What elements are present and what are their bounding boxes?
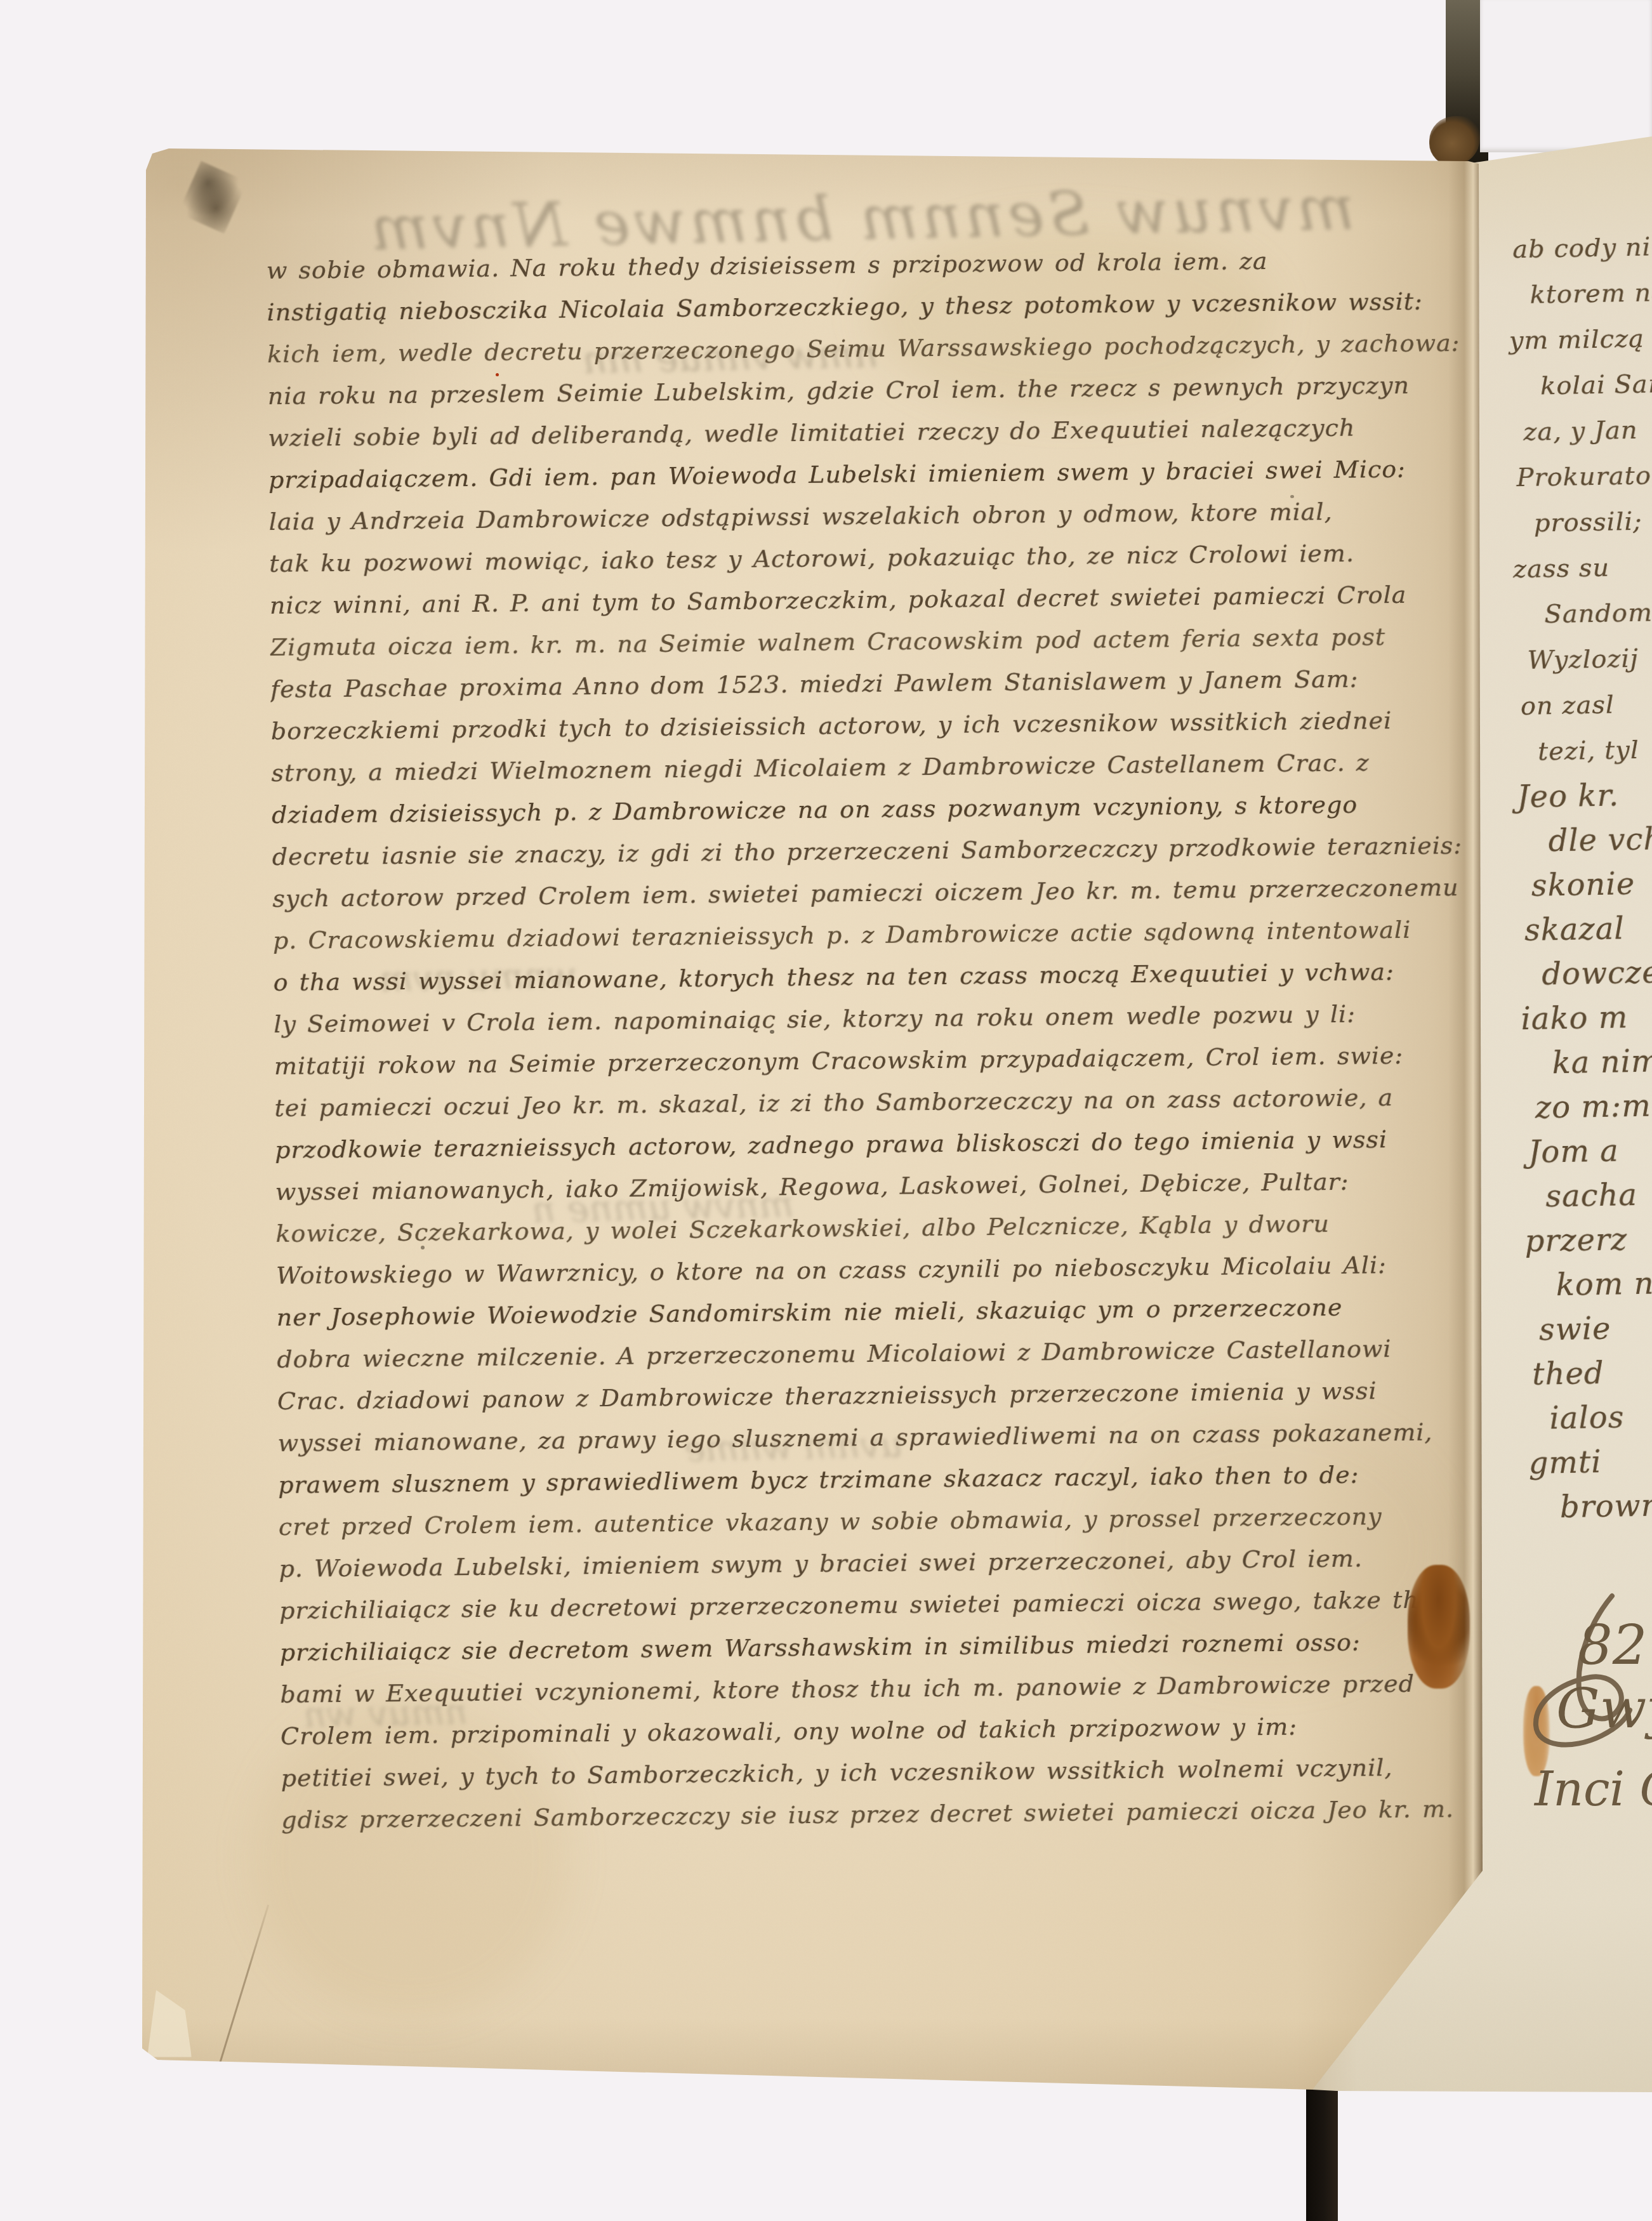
left-page: mvnuw Sennm bnmwe Nnvm nmw vnnue mn wnmu… <box>138 145 1484 2096</box>
manuscript-line-fragment: zo m:m <box>1535 1083 1652 1130</box>
manuscript-line-fragment: Jom a <box>1528 1128 1652 1175</box>
manuscript-line-fragment: tezi, tyl <box>1538 727 1652 774</box>
manuscript-line-fragment: thed <box>1532 1350 1652 1397</box>
manuscript-line-fragment: prossili; <box>1533 498 1652 546</box>
manuscript-line-fragment: ym milczą <box>1509 315 1652 364</box>
manuscript-text: w sobie obmawia. Na roku thedy dzisieiss… <box>138 145 1484 1842</box>
flourish-word: Inci C <box>1535 1762 1652 1817</box>
manuscript-line-fragment: swie <box>1538 1305 1652 1352</box>
manuscript-line-fragment: Prokurato <box>1516 452 1652 501</box>
manuscript-scan: ab cody niktorem naym milcząkolai Sanza,… <box>0 0 1652 2221</box>
manuscript-line-fragment: dowczegi <box>1542 950 1652 996</box>
flourish-digits: 82 <box>1578 1614 1647 1677</box>
manuscript-line-fragment: gmti <box>1528 1439 1652 1486</box>
manuscript-line-fragment: ab cody ni <box>1512 224 1652 272</box>
manuscript-line-fragment: iako m <box>1521 994 1652 1041</box>
manuscript-line-fragment: zass su <box>1513 544 1652 592</box>
manuscript-line-fragment: skonie <box>1531 861 1652 908</box>
manuscript-line-fragment: ialos <box>1549 1394 1652 1440</box>
flourish-word: Gwys <box>1556 1677 1652 1741</box>
manuscript-line-fragment: ka nim <box>1552 1039 1652 1085</box>
ink-speck <box>421 1246 425 1249</box>
red-speck <box>496 373 499 376</box>
manuscript-line-fragment: Jeo kr. <box>1517 772 1652 819</box>
manuscript-line-fragment: on zasl <box>1520 681 1652 729</box>
manuscript-line-fragment: Wyzlozij <box>1527 635 1652 683</box>
manuscript-line-fragment: Sandomi <box>1544 590 1652 637</box>
spine-bar-bottom <box>1306 2083 1338 2221</box>
corner-chip <box>147 1990 192 2057</box>
gutter-fold-shading <box>1448 145 1484 2096</box>
manuscript-line-fragment: ktorem na <box>1530 270 1652 317</box>
crease-line <box>219 1904 269 2064</box>
manuscript-line-fragment: za, y Jan <box>1523 407 1652 455</box>
ink-speck <box>770 1030 774 1034</box>
manuscript-line-fragment: kom n <box>1556 1261 1652 1307</box>
ink-speck <box>1290 495 1294 498</box>
manuscript-line-fragment: sacha <box>1545 1172 1652 1218</box>
manuscript-line-fragment: dle vch <box>1548 817 1652 863</box>
manuscript-line-fragment: skazal <box>1524 906 1652 952</box>
manuscript-line-fragment: browni <box>1559 1483 1652 1529</box>
backing-sheet <box>1480 0 1652 152</box>
manuscript-line-fragment: kolai San <box>1540 361 1652 409</box>
manuscript-line-fragment: przerz <box>1524 1216 1652 1263</box>
